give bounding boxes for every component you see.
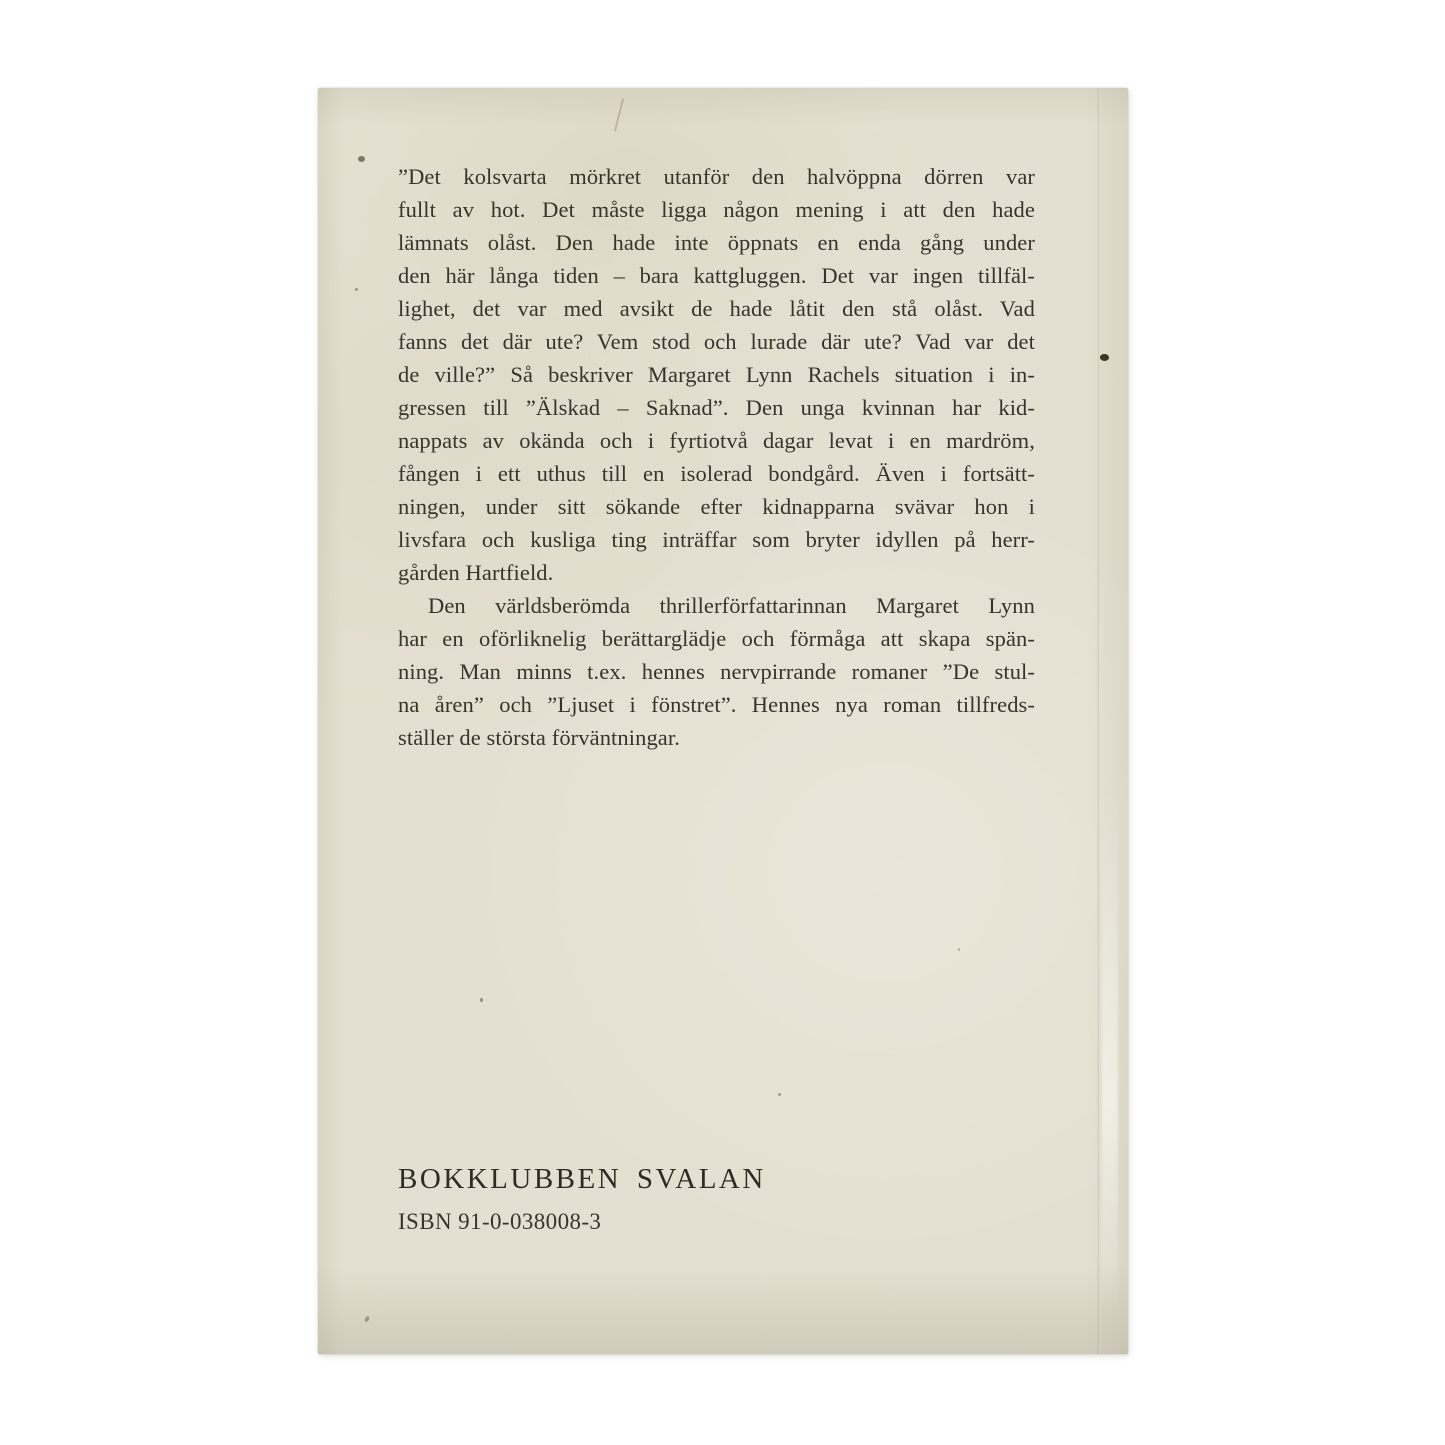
- blurb-line: ning. Man minns t.ex. hennes nervpirrand…: [398, 655, 1035, 688]
- blurb-line: de ville?” Så beskriver Margaret Lynn Ra…: [398, 358, 1035, 391]
- paper-speck: [778, 1093, 781, 1096]
- blurb-line: Den världsberömda thrillerförfattarinnan…: [398, 589, 1035, 622]
- blurb-line: livsfara och kusliga ting inträffar som …: [398, 523, 1035, 556]
- blurb-paragraph-2: Den världsberömda thrillerförfattarinnan…: [398, 589, 1035, 754]
- blurb-line: na åren” och ”Ljuset i fönstret”. Hennes…: [398, 688, 1035, 721]
- blurb-line: nappats av okända och i fyrtiotvå dagar …: [398, 424, 1035, 457]
- paper-speck: [958, 948, 960, 951]
- paper-speck: [1100, 353, 1110, 361]
- blurb-line: ställer de största förväntningar.: [398, 721, 1035, 754]
- blurb-line: fanns det där ute? Vem stod och lurade d…: [398, 325, 1035, 358]
- blurb-line: lighet, det var med avsikt de hade låtit…: [398, 292, 1035, 325]
- blurb-line: fullt av hot. Det måste ligga någon meni…: [398, 193, 1035, 226]
- book-back-cover: ”Det kolsvarta mörkret utanför den halvö…: [318, 88, 1128, 1354]
- blurb-text: ”Det kolsvarta mörkret utanför den halvö…: [398, 160, 1035, 754]
- jacket-glare: [1102, 784, 1118, 1316]
- paper-speck: [364, 1315, 370, 1322]
- jacket-fold-crease: [1097, 88, 1100, 1354]
- blurb-paragraph-1: ”Det kolsvarta mörkret utanför den halvö…: [398, 160, 1035, 589]
- isbn-number: ISBN 91-0-038008-3: [398, 1207, 601, 1237]
- blurb-line: ”Det kolsvarta mörkret utanför den halvö…: [398, 160, 1035, 193]
- blurb-line: gården Hartfield.: [398, 556, 1035, 589]
- photo-canvas: ”Det kolsvarta mörkret utanför den halvö…: [0, 0, 1445, 1445]
- paper-speck: [480, 998, 483, 1002]
- paper-scratch: [614, 98, 624, 131]
- blurb-line: den här långa tiden – bara kattgluggen. …: [398, 259, 1035, 292]
- blurb-line: lämnats olåst. Den hade inte öppnats en …: [398, 226, 1035, 259]
- blurb-line: ningen, under sitt sökande efter kidnapp…: [398, 490, 1035, 523]
- blurb-line: fången i ett uthus till en isolerad bond…: [398, 457, 1035, 490]
- publisher-name: BOKKLUBBEN SVALAN: [398, 1163, 766, 1196]
- blurb-line: har en oförliknelig berättarglädje och f…: [398, 622, 1035, 655]
- paper-speck: [358, 156, 365, 162]
- paper-speck: [355, 288, 358, 291]
- blurb-line: gressen till ”Älskad – Saknad”. Den unga…: [398, 391, 1035, 424]
